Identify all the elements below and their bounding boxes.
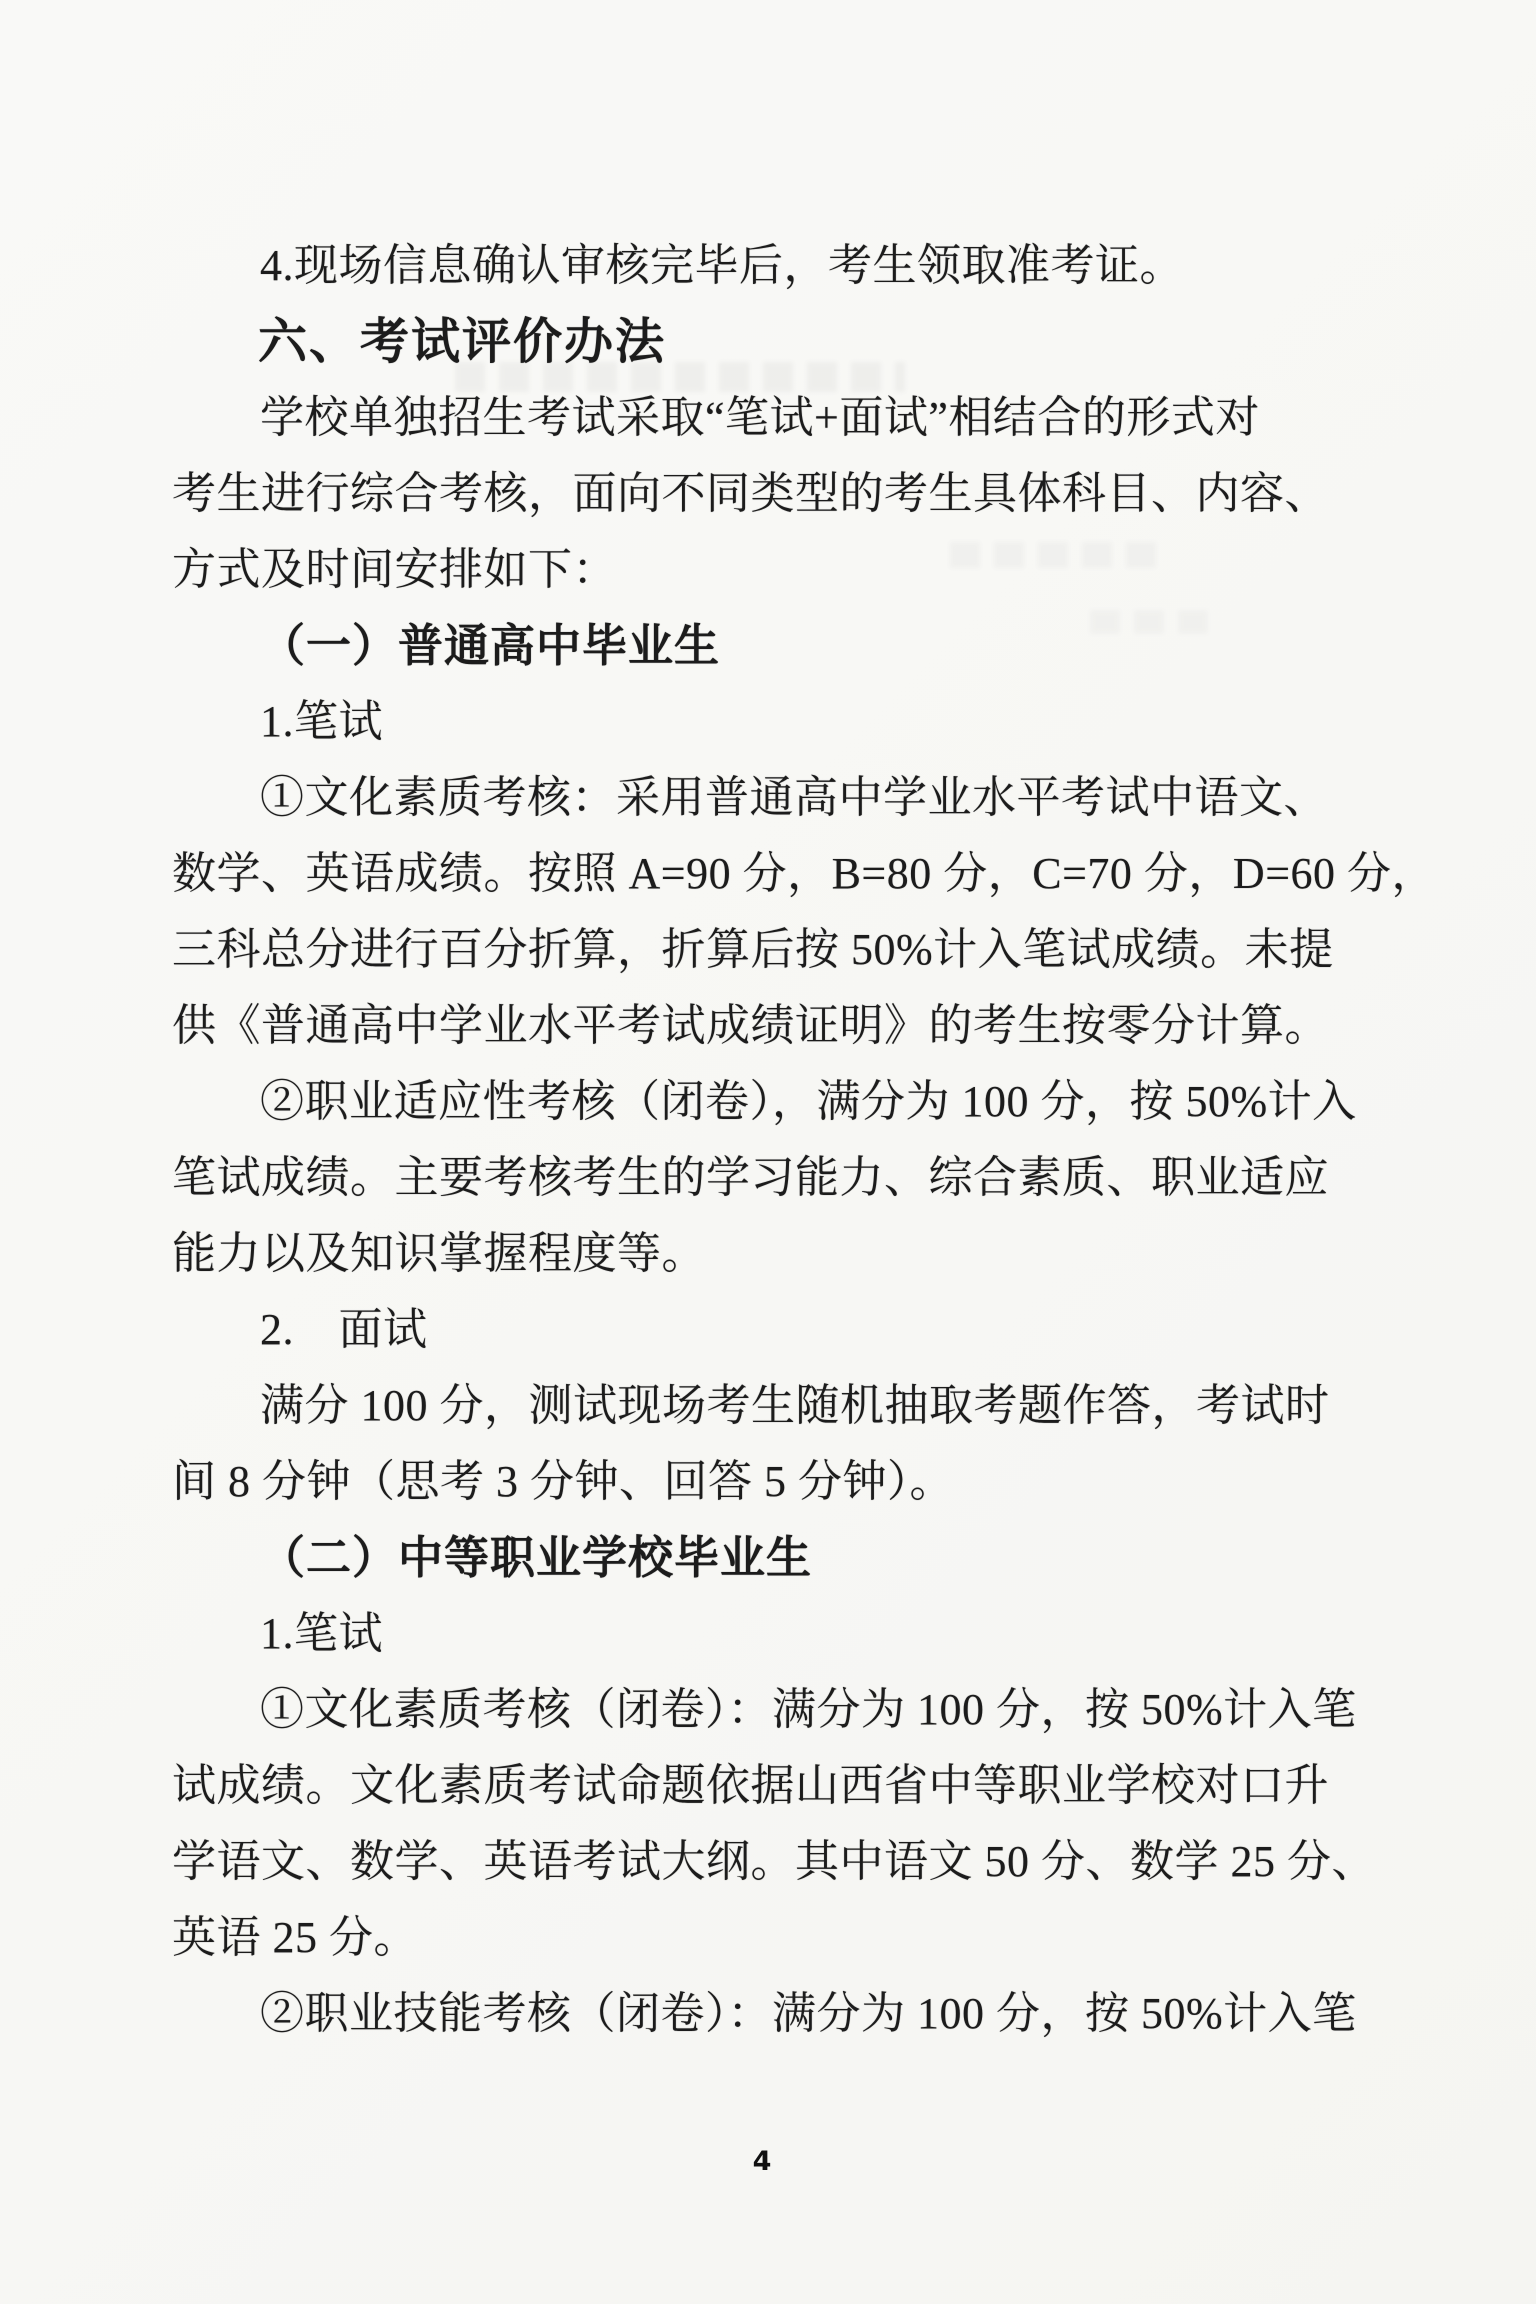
text-line: 间 8 分钟（思考 3 分钟、回答 5 分钟）。 xyxy=(172,1444,1392,1520)
text-line: 供《普通高中学业水平考试成绩证明》的考生按零分计算。 xyxy=(172,988,1392,1064)
text-line: 试成绩。文化素质考试命题依据山西省中等职业学校对口升 xyxy=(172,1748,1392,1824)
text-line: 英语 25 分。 xyxy=(172,1900,1392,1976)
subsection-heading: （二）中等职业学校毕业生 xyxy=(172,1520,1392,1596)
text-line: 数学、英语成绩。按照 A=90 分，B=80 分，C=70 分，D=60 分， xyxy=(172,836,1392,912)
text-line: ①文化素质考核（闭卷）：满分为 100 分，按 50%计入笔 xyxy=(172,1672,1392,1748)
subsection-heading: （一）普通高中毕业生 xyxy=(172,608,1392,684)
document-body: 4.现场信息确认审核完毕后，考生领取准考证。六、考试评价办法学校单独招生考试采取… xyxy=(172,228,1392,2052)
scanned-document-page: 4.现场信息确认审核完毕后，考生领取准考证。六、考试评价办法学校单独招生考试采取… xyxy=(0,0,1536,2304)
text-line: ①文化素质考核：采用普通高中学业水平考试中语文、 xyxy=(172,760,1392,836)
text-line: 方式及时间安排如下： xyxy=(172,532,1392,608)
text-line: 1.笔试 xyxy=(172,684,1392,760)
text-line: 2. 面试 xyxy=(172,1292,1392,1368)
text-line: 4.现场信息确认审核完毕后，考生领取准考证。 xyxy=(172,228,1392,304)
text-line: 满分 100 分，测试现场考生随机抽取考题作答，考试时 xyxy=(172,1368,1392,1444)
text-line: 学语文、数学、英语考试大纲。其中语文 50 分、数学 25 分、 xyxy=(172,1824,1392,1900)
text-line: ②职业适应性考核（闭卷），满分为 100 分，按 50%计入 xyxy=(172,1064,1392,1140)
section-heading: 六、考试评价办法 xyxy=(172,304,1392,380)
text-line: 考生进行综合考核，面向不同类型的考生具体科目、内容、 xyxy=(172,456,1392,532)
text-line: 三科总分进行百分折算，折算后按 50%计入笔试成绩。未提 xyxy=(172,912,1392,988)
text-line: 学校单独招生考试采取“笔试+面试”相结合的形式对 xyxy=(172,380,1392,456)
text-line: ②职业技能考核（闭卷）：满分为 100 分，按 50%计入笔 xyxy=(172,1976,1392,2052)
page-number: 4 xyxy=(0,2146,1524,2177)
text-line: 能力以及知识掌握程度等。 xyxy=(172,1216,1392,1292)
text-line: 笔试成绩。主要考核考生的学习能力、综合素质、职业适应 xyxy=(172,1140,1392,1216)
text-line: 1.笔试 xyxy=(172,1596,1392,1672)
